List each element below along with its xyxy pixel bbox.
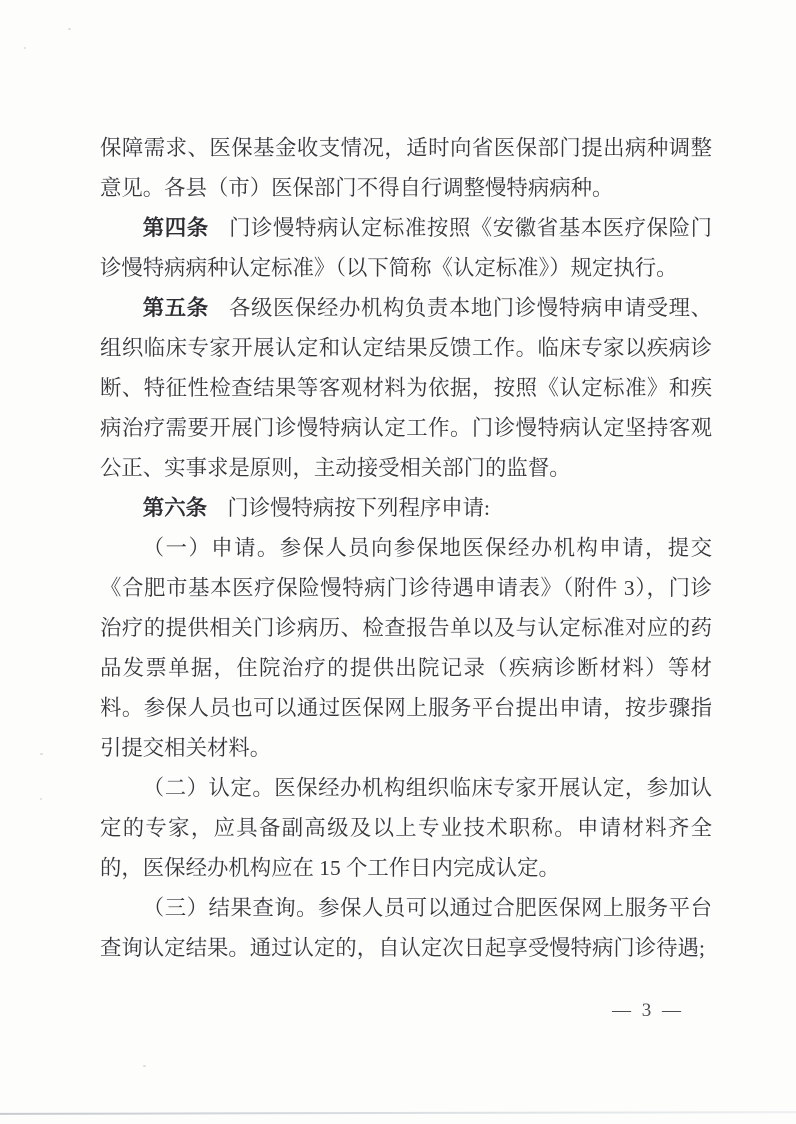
paragraph-text: （三）结果查询。参保人员可以通过合肥医保网上服务平台查询认定结果。通过认定的，自… [100, 896, 712, 960]
paragraph: 第六条门诊慢特病按下列程序申请: [100, 488, 712, 528]
scan-edge-line [0, 1111, 796, 1114]
paragraph: 第四条门诊慢特病认定标准按照《安徽省基本医疗保险门诊慢特病病种认定标准》（以下简… [100, 208, 712, 288]
scan-speck [68, 28, 71, 30]
paragraph: （三）结果查询。参保人员可以通过合肥医保网上服务平台查询认定结果。通过认定的，自… [100, 888, 712, 968]
paragraph-text: 门诊慢特病按下列程序申请: [227, 496, 490, 520]
paragraph: （二）认定。医保经办机构组织临床专家开展认定，参加认定的专家，应具备副高级及以上… [100, 768, 712, 888]
scan-speck [40, 753, 43, 755]
paragraph-text: （二）认定。医保经办机构组织临床专家开展认定，参加认定的专家，应具备副高级及以上… [100, 776, 712, 880]
scan-speck [143, 1065, 146, 1067]
article-number: 第五条 [143, 296, 229, 320]
paragraph: 第五条各级医保经办机构负责本地门诊慢特病申请受理、组织临床专家开展认定和认定结果… [100, 288, 712, 488]
paragraph-text: 保障需求、医保基金收支情况，适时向省医保部门提出病种调整意见。各县（市）医保部门… [100, 136, 712, 200]
paragraph: （一）申请。参保人员向参保地医保经办机构申请，提交《合肥市基本医疗保险慢特病门诊… [100, 528, 712, 768]
paragraph: 保障需求、医保基金收支情况，适时向省医保部门提出病种调整意见。各县（市）医保部门… [100, 128, 712, 208]
article-number: 第四条 [143, 216, 229, 240]
paragraph-text: （一）申请。参保人员向参保地医保经办机构申请，提交《合肥市基本医疗保险慢特病门诊… [100, 536, 712, 760]
scanned-document-page: 保障需求、医保基金收支情况，适时向省医保部门提出病种调整意见。各县（市）医保部门… [0, 0, 796, 1124]
document-body: 保障需求、医保基金收支情况，适时向省医保部门提出病种调整意见。各县（市）医保部门… [100, 128, 712, 968]
scan-speck [24, 47, 26, 49]
article-number: 第六条 [143, 496, 228, 520]
page-number: — 3 — [612, 1000, 684, 1022]
paragraph-text: 各级医保经办机构负责本地门诊慢特病申请受理、组织临床专家开展认定和认定结果反馈工… [100, 296, 712, 480]
scan-speck [40, 798, 42, 800]
